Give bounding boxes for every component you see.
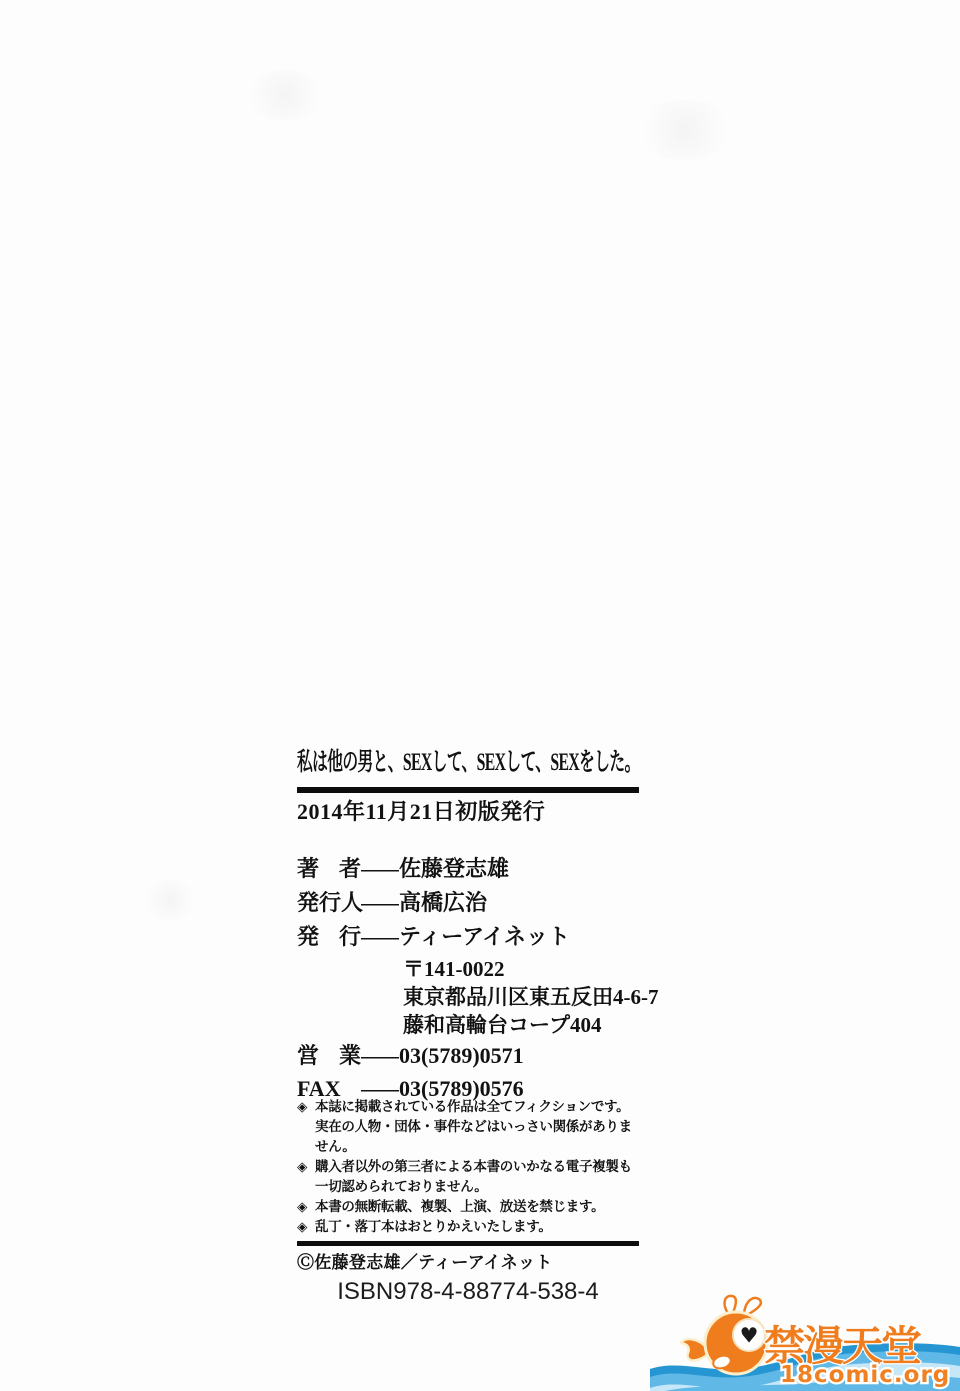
credit-value: 高橋広治 — [399, 890, 487, 915]
diamond-bullet-icon: ◈ — [297, 1157, 315, 1197]
scanned-colophon-page: 私は他の男と、SEXして、SEXして、SEXをした。 2014年11月21日初版… — [0, 0, 960, 1391]
address-line-postal: 〒141-0022 — [403, 955, 639, 983]
credit-dash: —— — [361, 920, 399, 954]
credit-dash: —— — [361, 886, 399, 920]
notice-text: 本誌に掲載されている作品は全てフィクションです。実在の人物・団体・事件などはいっ… — [315, 1097, 639, 1157]
credits-list: 著者——佐藤登志雄 発行人——高橋広治 発行——ティーアイネット — [297, 852, 639, 954]
credit-dash: —— — [361, 852, 399, 886]
notice-item: ◈ 乱丁・落丁本はおとりかえいたします。 — [297, 1217, 639, 1237]
address-line-building: 藤和高輪台コープ404 — [403, 1011, 639, 1039]
isbn-number: ISBN978-4-88774-538-4 — [297, 1278, 639, 1306]
divider-rule-top — [297, 787, 639, 793]
contact-label: 営業 — [297, 1039, 361, 1072]
credit-row-author: 著者——佐藤登志雄 — [297, 852, 639, 886]
contact-value: 03(5789)0571 — [399, 1043, 524, 1068]
scan-smudge — [240, 70, 330, 120]
scan-smudge — [630, 100, 740, 160]
diamond-bullet-icon: ◈ — [297, 1097, 315, 1157]
contacts-list: 営業——03(5789)0571 FAX——03(5789)0576 — [297, 1039, 639, 1105]
credit-value: ティーアイネット — [399, 924, 570, 949]
credit-row-publisher: 発行——ティーアイネット — [297, 920, 639, 954]
notice-item: ◈ 本誌に掲載されている作品は全てフィクションです。実在の人物・団体・事件などは… — [297, 1097, 639, 1157]
notice-item: ◈ 本書の無断転載、複製、上演、放送を禁じます。 — [297, 1197, 639, 1217]
credit-row-issuer: 発行人——高橋広治 — [297, 886, 639, 920]
notice-item: ◈ 購入者以外の第三者による本書のいかなる電子複製も一切認められておりません。 — [297, 1157, 639, 1197]
contact-row-sales: 営業——03(5789)0571 — [297, 1039, 639, 1072]
credit-value: 佐藤登志雄 — [399, 856, 509, 881]
heart-icon: ♥ — [740, 1324, 759, 1348]
colophon-block: 私は他の男と、SEXして、SEXして、SEXをした。 2014年11月21日初版… — [297, 746, 639, 1306]
diamond-bullet-icon: ◈ — [297, 1217, 315, 1237]
legal-notices: ◈ 本誌に掲載されている作品は全てフィクションです。実在の人物・団体・事件などは… — [297, 1097, 639, 1237]
book-title: 私は他の男と、SEXして、SEXして、SEXをした。 — [297, 746, 512, 780]
address-line-street: 東京都品川区東五反田4-6-7 — [403, 983, 639, 1011]
contact-dash: —— — [361, 1039, 399, 1072]
diamond-bullet-icon: ◈ — [297, 1197, 315, 1217]
credit-label: 発行 — [297, 920, 361, 954]
watermark-logo: ♥ 禁漫天堂 18comic.org — [650, 1275, 960, 1391]
divider-rule-bottom — [297, 1241, 639, 1246]
notice-text: 本書の無断転載、複製、上演、放送を禁じます。 — [315, 1197, 639, 1217]
notice-text: 購入者以外の第三者による本書のいかなる電子複製も一切認められておりません。 — [315, 1157, 639, 1197]
watermark-site-url: 18comic.org — [780, 1362, 950, 1388]
edition-date: 2014年11月21日初版発行 — [297, 798, 639, 826]
publisher-address: 〒141-0022 東京都品川区東五反田4-6-7 藤和高輪台コープ404 — [297, 955, 639, 1039]
notice-text: 乱丁・落丁本はおとりかえいたします。 — [315, 1217, 639, 1237]
copyright-line: Ⓒ佐藤登志雄／ティーアイネット — [297, 1250, 639, 1276]
fish-mascot-icon: ♥ — [681, 1296, 767, 1374]
credit-label: 著者 — [297, 852, 361, 886]
credit-label: 発行人 — [297, 886, 361, 920]
scan-smudge — [140, 880, 200, 920]
